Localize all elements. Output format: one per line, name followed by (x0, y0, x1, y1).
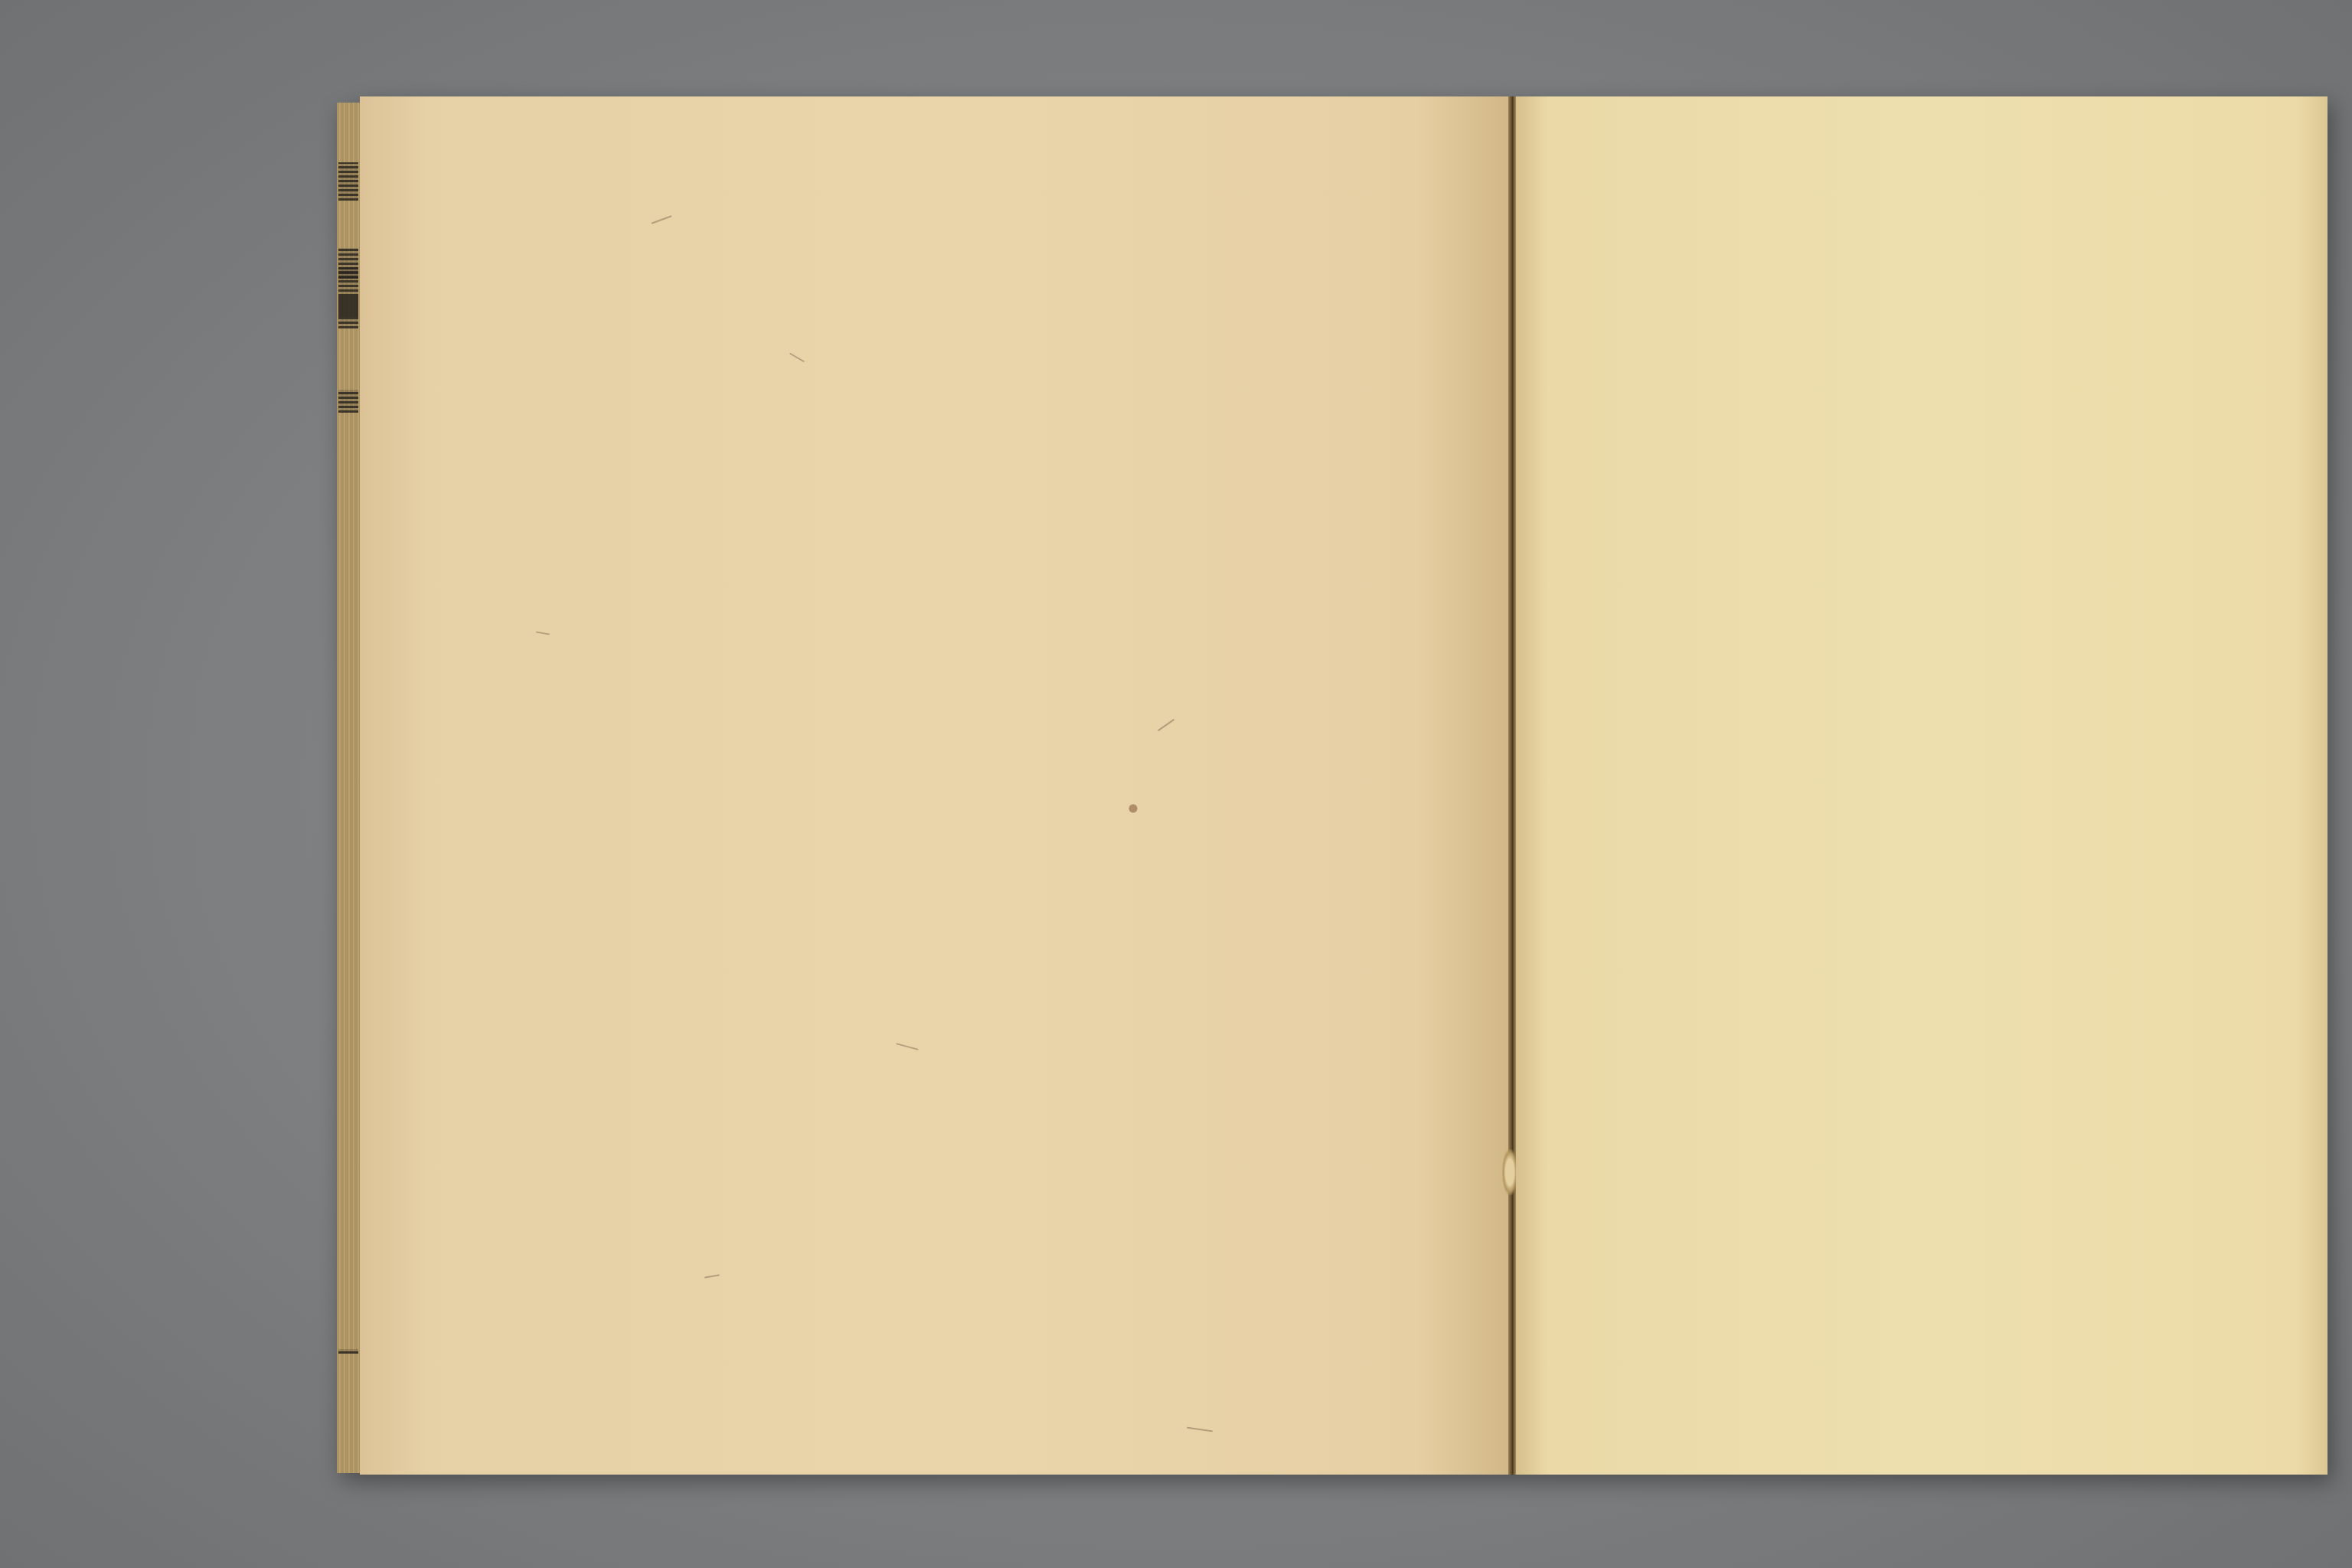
fore-edge-page-stack (337, 103, 361, 1473)
edge-ink-mark (338, 390, 358, 413)
binding-thread-knot (1502, 1149, 1517, 1195)
paper-fiber (896, 1043, 918, 1050)
paper-fiber (789, 353, 805, 363)
right-page (1516, 96, 2327, 1475)
paper-fiber (704, 1274, 720, 1278)
paper-fiber (536, 631, 550, 635)
edge-ink-mark (338, 1349, 358, 1354)
book-gutter (1508, 96, 1516, 1475)
edge-ink-mark (338, 162, 358, 201)
left-page (360, 96, 1508, 1475)
edge-ink-mark (338, 294, 358, 317)
open-book (337, 96, 2006, 1475)
paper-fiber (1158, 719, 1174, 732)
paper-fiber (1187, 1427, 1213, 1432)
paper-fiber (652, 215, 672, 224)
